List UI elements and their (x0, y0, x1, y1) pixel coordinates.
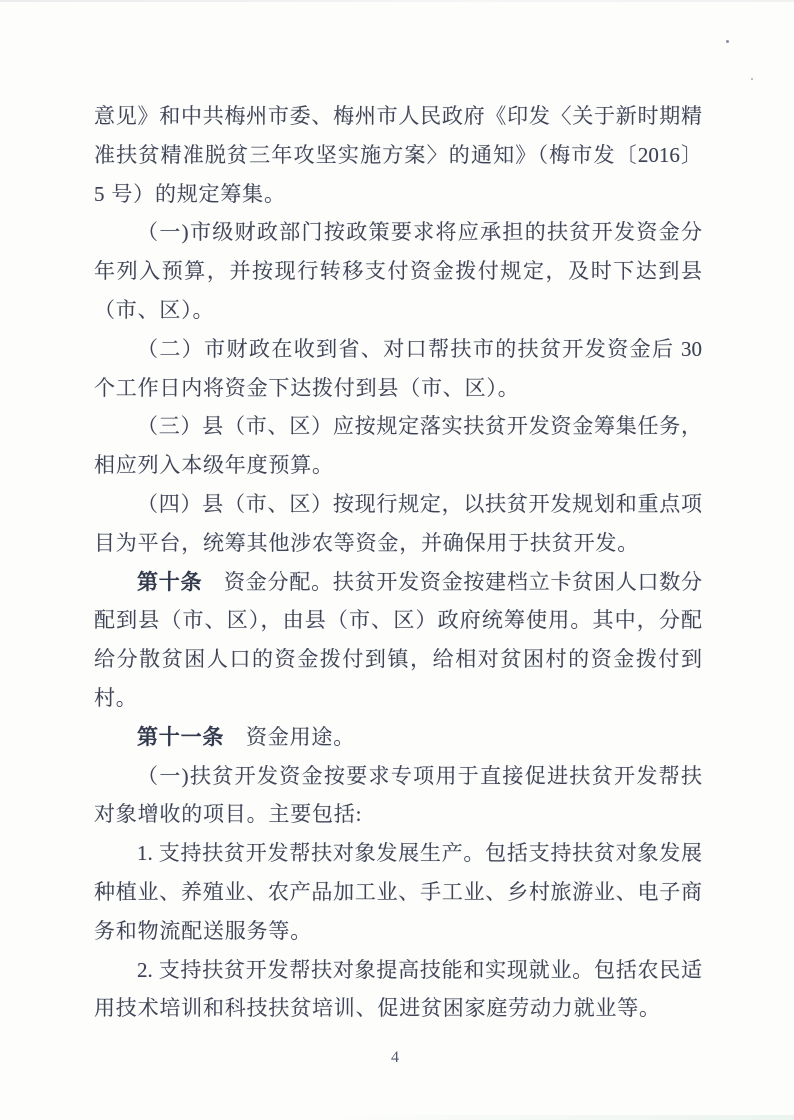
text-line: 准扶贫精准脱贫三年攻坚实施方案〉的通知》（梅市发〔2016〕 (94, 136, 702, 175)
text-run: 相应列入本级年度预算。 (94, 453, 334, 477)
text-line: 给分散贫困人口的资金拨付到镇，给相对贫困村的资金拨付到 (94, 640, 702, 679)
text-run: 意见》和中共梅州市委、梅州市人民政府《印发〈关于新时期精 (94, 104, 702, 128)
article-heading: 第十条 (137, 571, 202, 594)
text-run: 给分散贫困人口的资金拨付到镇，给相对贫困村的资金拨付到 (94, 647, 702, 671)
text-line: 第十一条 资金用途。 (94, 718, 702, 757)
text-run: 资金分配。扶贫开发资金按建档立卡贫困人口数分 (202, 570, 702, 594)
text-line: 种植业、养殖业、农产品加工业、手工业、乡村旅游业、电子商 (94, 873, 702, 912)
text-run: 5 号）的规定筹集。 (94, 182, 286, 206)
text-run: 对象增收的项目。主要包括: (94, 802, 362, 826)
text-run: 目为平台，统筹其他涉农等资金，并确保用于扶贫开发。 (94, 531, 639, 555)
text-run: 种植业、养殖业、农产品加工业、手工业、乡村旅游业、电子商 (94, 880, 702, 904)
scan-edge-top (0, 0, 794, 2)
text-run: 准扶贫精准脱贫三年攻坚实施方案〉的通知》（梅市发〔2016〕 (94, 143, 702, 167)
text-line: （二）市财政在收到省、对口帮扶市的扶贫开发资金后 30 (94, 330, 702, 369)
text-run: 资金用途。 (224, 725, 355, 749)
text-line: 1. 支持扶贫开发帮扶对象发展生产。包括支持扶贫对象发展 (94, 834, 702, 873)
text-line: 个工作日内将资金下达拨付到县（市、区）。 (94, 369, 702, 408)
text-line: 第十条 资金分配。扶贫开发资金按建档立卡贫困人口数分 (94, 563, 702, 602)
scan-edge-bottom (318, 1115, 794, 1120)
text-run: （市、区）。 (94, 298, 214, 322)
text-line: 用技术培训和科技扶贫培训、促进贫困家庭劳动力就业等。 (94, 989, 702, 1028)
text-line: 年列入预算，并按现行转移支付资金拨付规定，及时下达到县 (94, 252, 702, 291)
text-run: 年列入预算，并按现行转移支付资金拨付规定，及时下达到县 (94, 259, 702, 283)
text-run: 配到县（市、区），由县（市、区）政府统筹使用。其中，分配 (94, 608, 702, 632)
text-line: （市、区）。 (94, 291, 702, 330)
text-run: 2. 支持扶贫开发帮扶对象提高技能和实现就业。包括农民适 (137, 958, 702, 982)
scan-speck (726, 40, 729, 43)
text-run: 个工作日内将资金下达拨付到县（市、区）。 (94, 376, 520, 400)
text-run: （三）县（市、区）应按规定落实扶贫开发资金筹集任务， (137, 414, 702, 438)
text-line: 5 号）的规定筹集。 (94, 175, 702, 214)
document-page: 意见》和中共梅州市委、梅州市人民政府《印发〈关于新时期精准扶贫精准脱贫三年攻坚实… (0, 0, 794, 1120)
text-run: （一)市级财政部门按政策要求将应承担的扶贫开发资金分 (137, 220, 702, 244)
text-line: （三）县（市、区）应按规定落实扶贫开发资金筹集任务， (94, 407, 702, 446)
text-line: （一)市级财政部门按政策要求将应承担的扶贫开发资金分 (94, 213, 702, 252)
text-line: 2. 支持扶贫开发帮扶对象提高技能和实现就业。包括农民适 (94, 951, 702, 990)
scan-speck (751, 78, 753, 80)
text-line: （四）县（市、区）按现行规定，以扶贫开发规划和重点项 (94, 485, 702, 524)
text-run: 务和物流配送服务等。 (94, 919, 312, 943)
page-number: 4 (0, 1049, 790, 1067)
text-line: 对象增收的项目。主要包括: (94, 795, 702, 834)
text-line: 相应列入本级年度预算。 (94, 446, 702, 485)
article-heading: 第十一条 (137, 726, 224, 749)
text-line: 村。 (94, 679, 702, 718)
text-run: （二）市财政在收到省、对口帮扶市的扶贫开发资金后 30 (137, 337, 702, 361)
text-line: （一)扶贫开发资金按要求专项用于直接促进扶贫开发帮扶 (94, 757, 702, 796)
text-run: 用技术培训和科技扶贫培训、促进贫困家庭劳动力就业等。 (94, 996, 661, 1020)
text-run: 1. 支持扶贫开发帮扶对象发展生产。包括支持扶贫对象发展 (137, 841, 702, 865)
text-run: 村。 (94, 686, 138, 710)
text-line: 配到县（市、区），由县（市、区）政府统筹使用。其中，分配 (94, 601, 702, 640)
text-run: （四）县（市、区）按现行规定，以扶贫开发规划和重点项 (137, 492, 702, 516)
text-run: （一)扶贫开发资金按要求专项用于直接促进扶贫开发帮扶 (137, 764, 702, 788)
text-line: 意见》和中共梅州市委、梅州市人民政府《印发〈关于新时期精 (94, 97, 702, 136)
text-line: 务和物流配送服务等。 (94, 912, 702, 951)
document-body: 意见》和中共梅州市委、梅州市人民政府《印发〈关于新时期精准扶贫精准脱贫三年攻坚实… (94, 97, 702, 1028)
text-line: 目为平台，统筹其他涉农等资金，并确保用于扶贫开发。 (94, 524, 702, 563)
